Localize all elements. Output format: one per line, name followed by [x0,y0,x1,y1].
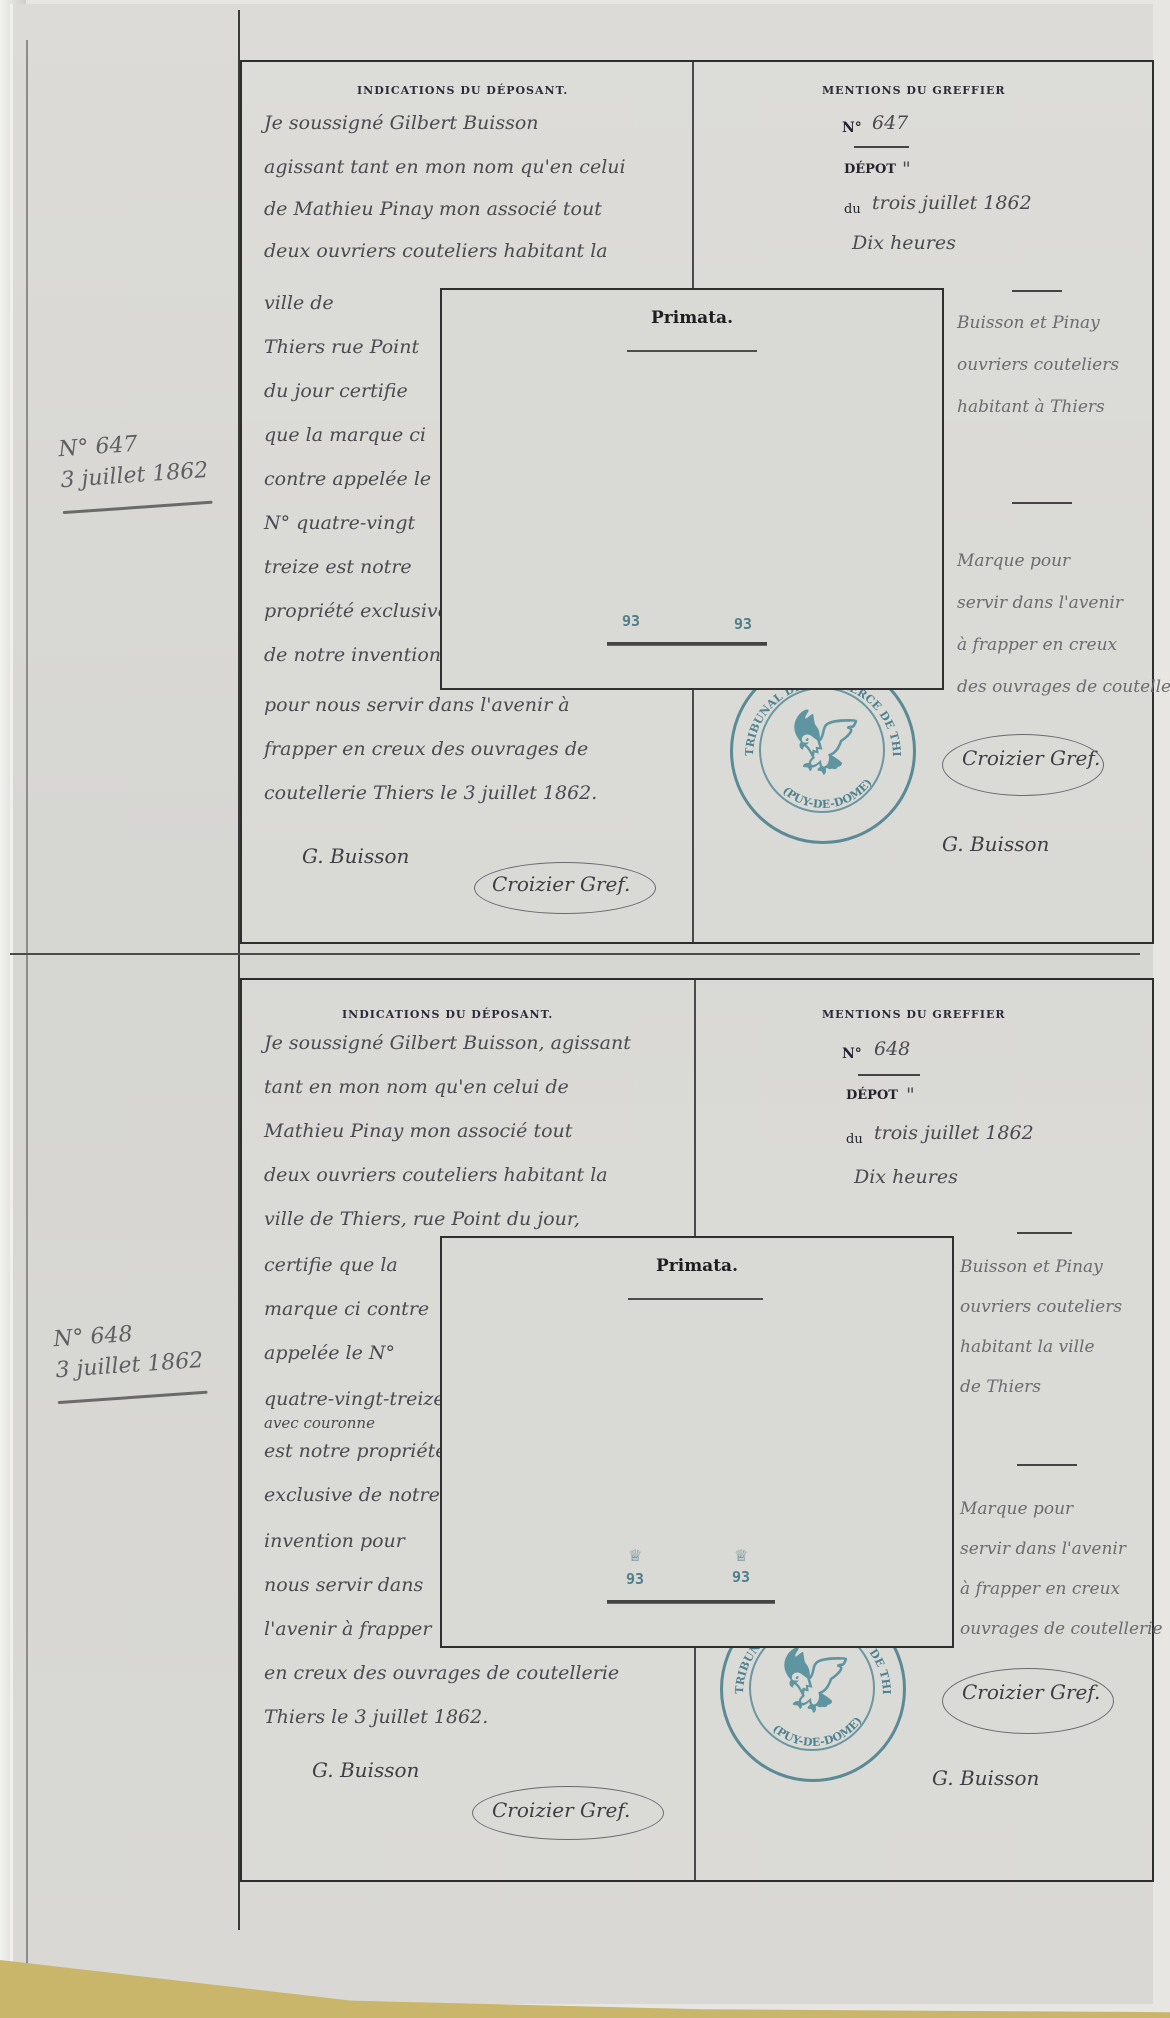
deposant-line: invention pour [264,1520,405,1562]
du-label: du [846,1132,863,1147]
deposant-line: Thiers le 3 juillet 1862. [264,1696,488,1738]
greffier-heading: MENTIONS DU GREFFIER [822,84,1006,97]
deposant-line: treize est notre [264,546,412,588]
primata-title-rule [627,350,757,352]
deposant-line: de Mathieu Pinay mon associé tout [264,188,602,230]
signature-flourish [942,1668,1114,1734]
mark-baseline [607,1600,775,1604]
primata-box-entry-1: Primata. 93 93 [440,288,944,690]
purpose-line: ouvrages de coutellerie [960,1608,1163,1650]
deposant-line: Je soussigné Gilbert Buisson, agissant [264,1022,631,1064]
signature-flourish [472,1786,664,1840]
deposant-line: que la marque ci [264,414,426,456]
deposant-line: en creux des ouvrages de coutellerie [264,1652,619,1694]
section-rule [1012,290,1062,292]
deposant-line: deux ouvriers couteliers habitant la [264,230,608,272]
primata-box-entry-2: Primata. ♕ 93 ♕ 93 [440,1236,954,1648]
deposant-line: agissant tant en mon nom qu'en celui [264,146,626,188]
margin-note-entry-1: N° 647 3 juillet 1862 [57,425,212,514]
crown-icon: ♕ [734,1546,748,1565]
depot-label: DÉPOT [844,162,896,177]
entry-separator [10,953,1140,955]
deposant-line: Je soussigné Gilbert Buisson [264,102,539,144]
deposit-date: trois juillet 1862 [874,1112,1034,1154]
section-rule [1017,1464,1077,1466]
deposant-line: contre appelée le [264,458,431,500]
deposant-line: N° quatre-vingt [264,502,415,544]
depositor-line: de Thiers [960,1366,1041,1408]
deposant-line: ville de [264,282,334,324]
mark-baseline [607,642,767,646]
depositor-line: ouvriers couteliers [960,1286,1122,1328]
number-label: N° [842,1046,862,1062]
margin-fold-line [26,40,28,1980]
deposant-line: propriété exclusive [264,590,449,632]
purpose-line: servir dans l'avenir [957,582,1123,624]
number-value: 648 [874,1028,910,1070]
signature-buisson: G. Buisson [312,1758,419,1782]
trademark-stamp: 93 [734,615,752,633]
deposant-line: deux ouvriers couteliers habitant la [264,1154,608,1196]
margin-note-entry-2: N° 648 3 juillet 1862 [52,1315,207,1404]
primata-title: Primata. [442,308,942,328]
depositor-signature: G. Buisson [942,832,1049,856]
deposant-line: coutellerie Thiers le 3 juillet 1862. [264,772,597,814]
primata-title: Primata. [442,1256,952,1276]
depot-ditto: " [906,1074,915,1116]
deposant-line: l'avenir à frapper [264,1608,432,1650]
purpose-line: des ouvrages de coutellerie [957,666,1170,708]
number-value: 647 [872,102,908,144]
depositor-line: Buisson et Pinay [957,302,1100,344]
purpose-line: à frapper en creux [960,1568,1120,1610]
deposant-line: Mathieu Pinay mon associé tout [264,1110,572,1152]
deposant-line: est notre propriété [264,1430,446,1472]
depositor-signature: G. Buisson [932,1766,1039,1790]
section-rule [1012,502,1072,504]
deposant-heading: INDICATIONS DU DÉPOSANT. [357,84,568,97]
depot-label: DÉPOT [846,1088,898,1103]
trademark-stamp: 93 [622,612,640,630]
deposit-hour: Dix heures [854,1156,958,1198]
deposant-line: tant en mon nom qu'en celui de [264,1066,569,1108]
deposant-line: du jour certifie [264,370,408,412]
deposant-line: certifie que la [264,1244,398,1286]
deposant-heading: INDICATIONS DU DÉPOSANT. [342,1008,553,1021]
number-label: N° [842,120,862,136]
deposant-line: Thiers rue Point [264,326,419,368]
number-underline [854,146,909,148]
greffier-heading: MENTIONS DU GREFFIER [822,1008,1006,1021]
primata-title-rule [628,1298,763,1300]
depositor-line: habitant la ville [960,1326,1095,1368]
deposant-line: frapper en creux des ouvrages de [264,728,588,770]
purpose-line: à frapper en creux [957,624,1117,666]
purpose-line: Marque pour [957,540,1070,582]
deposant-line: appelée le N° [264,1332,395,1374]
trademark-stamp: 93 [732,1568,750,1586]
depositor-line: ouvriers couteliers [957,344,1119,386]
deposant-line: de notre invention [264,634,441,676]
depositor-line: Buisson et Pinay [960,1246,1103,1288]
svg-text:(PUY-DE-DOME): (PUY-DE-DOME) [770,1714,864,1749]
signature-flourish [474,862,656,914]
deposant-line: nous servir dans [264,1564,423,1606]
deposant-line: pour nous servir dans l'avenir à [264,684,570,726]
deposit-date: trois juillet 1862 [872,182,1032,224]
section-rule [1017,1232,1072,1234]
deposant-line: ville de Thiers, rue Point du jour, [264,1198,580,1240]
deposant-line: exclusive de notre [264,1474,440,1516]
crown-icon: ♕ [628,1546,642,1565]
deposant-line: marque ci contre [264,1288,429,1330]
signature-buisson: G. Buisson [302,844,409,868]
depositor-line: habitant à Thiers [957,386,1105,428]
deposit-hour: Dix heures [852,222,956,264]
trademark-stamp: 93 [626,1570,644,1588]
purpose-line: servir dans l'avenir [960,1528,1126,1570]
du-label: du [844,202,861,217]
purpose-line: Marque pour [960,1488,1073,1530]
svg-text:(PUY-DE-DOME): (PUY-DE-DOME) [780,776,874,811]
signature-flourish [942,734,1104,796]
